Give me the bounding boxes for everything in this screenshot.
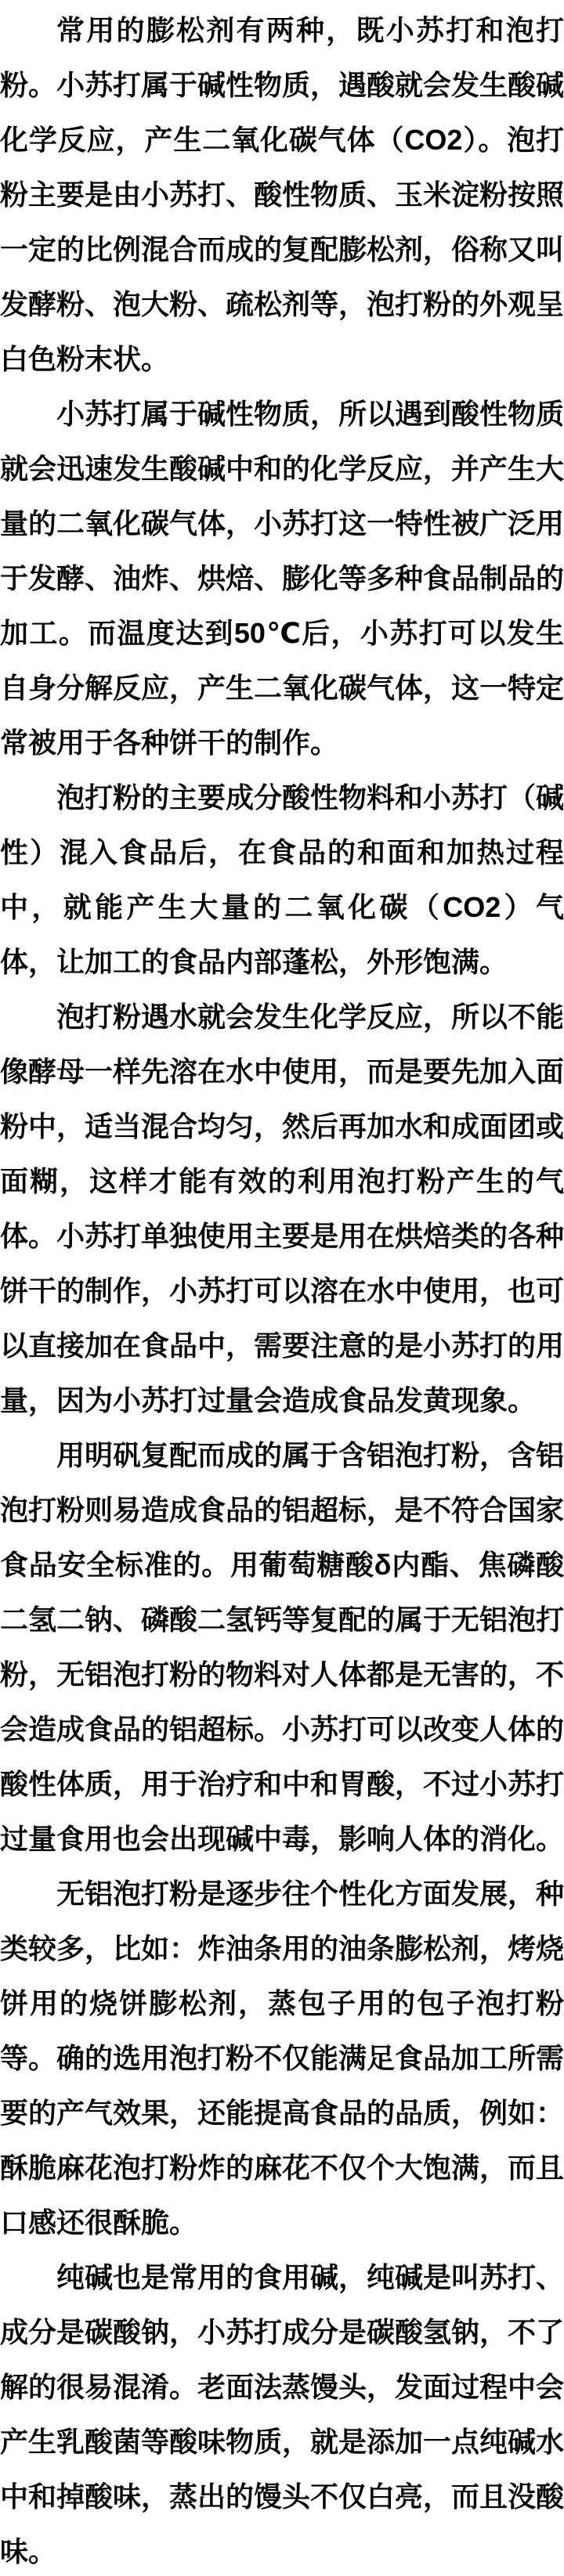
paragraph-baking-powder-makeup: 泡打粉的主要成分酸性物料和小苏打（碱性）混入食品后，在食品的和面和加热过程中，就…	[0, 770, 564, 990]
paragraph-specialized-types: 无铝泡打粉是逐步往个性化方面发展，种类较多，比如：炸油条用的油条膨松剂，烤烧饼用…	[0, 1867, 564, 2250]
article-body: 常用的膨松剂有两种，既小苏打和泡打粉。小苏打属于碱性物质，遇酸就会发生酸碱化学反…	[0, 0, 564, 2576]
paragraph-usage-method: 泡打粉遇水就会发生化学反应，所以不能像酵母一样先溶在水中使用，而是要先加入面粉中…	[0, 990, 564, 1428]
paragraph-baking-soda-properties: 小苏打属于碱性物质，所以遇到酸性物质就会迅速发生酸碱中和的化学反应，并产生大量的…	[0, 387, 564, 770]
paragraph-aluminum-free: 用明矾复配而成的属于含铝泡打粉，含铝泡打粉则易造成食品的铝超标，是不符合国家食品…	[0, 1428, 564, 1867]
paragraph-leavening-intro: 常用的膨松剂有两种，既小苏打和泡打粉。小苏打属于碱性物质，遇酸就会发生酸碱化学反…	[0, 3, 564, 387]
paragraph-soda-ash: 纯碱也是常用的食用碱，纯碱是叫苏打、成分是碳酸钠，小苏打成分是碳酸氢钠，不了解的…	[0, 2250, 564, 2576]
